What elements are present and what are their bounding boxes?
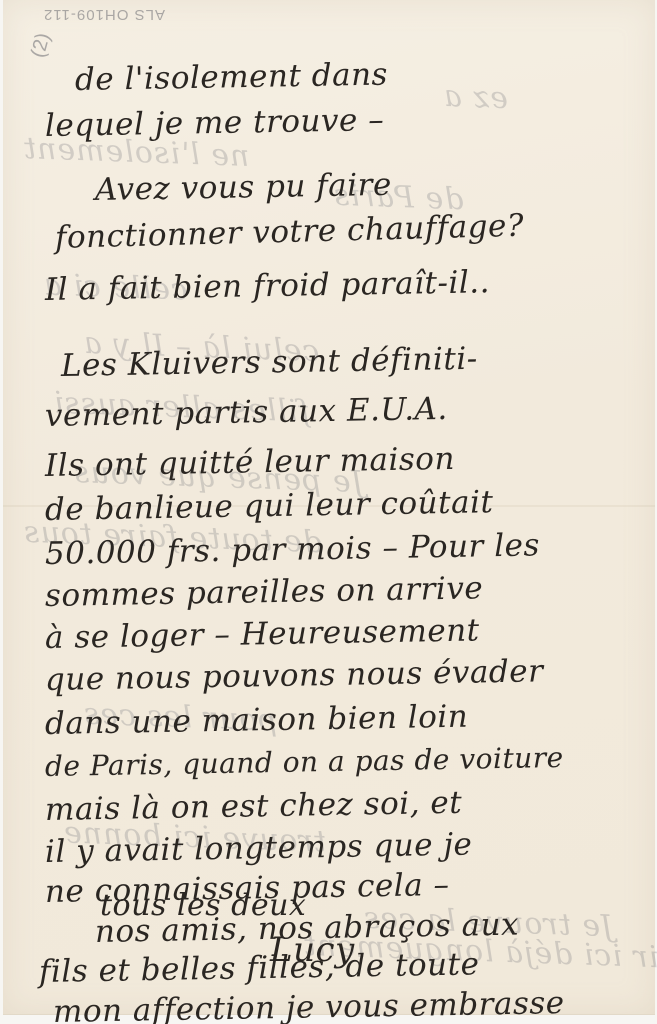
letter-line: tous les deux [100, 888, 306, 923]
letter-line: 50.000 frs. par mois – Pour les [45, 527, 540, 572]
letter-line: fils et belles filles, de toute [39, 946, 480, 990]
letter-line: de banlieue qui leur coûtait [45, 484, 494, 528]
signature: Lucy [270, 930, 355, 970]
letter-line: lequel je me trouve – [45, 102, 385, 144]
letter-line: vement partis aux E.U.A. [45, 391, 448, 434]
letter-line: fonctionner votre chauffage? [55, 208, 525, 256]
letter-line: Il a fait bien froid paraît-il.. [45, 264, 491, 308]
letter-line: sommes pareilles on arrive [45, 570, 484, 614]
letter-line: que nous pouvons nous évader [45, 653, 544, 698]
bleed-through-text: ez a [442, 79, 508, 116]
letter-line: Les Kluivers sont définiti- [61, 341, 478, 384]
letter-line: Avez vous pu faire [95, 167, 392, 208]
letter-line: dans une maison bien loin [45, 699, 469, 742]
letter-line: Ils ont quitté leur maison [45, 441, 456, 484]
archive-reference: ALS OH109-112 [43, 6, 165, 23]
letter-line: de l'isolement dans [75, 57, 389, 98]
letter-line: il y avait longtemps que je [45, 827, 473, 870]
letter-page: ez a ne l'isolement de Paris celle ci a … [3, 0, 655, 1015]
letter-line: mon affection je vous embrasse [53, 985, 565, 1024]
letter-line: mais là on est chez soi, et [45, 785, 463, 828]
page-number: (2) [27, 31, 56, 61]
letter-line: à se loger – Heureusement [45, 612, 480, 656]
letter-line: de Paris, quand on a pas de voiture [45, 741, 564, 783]
